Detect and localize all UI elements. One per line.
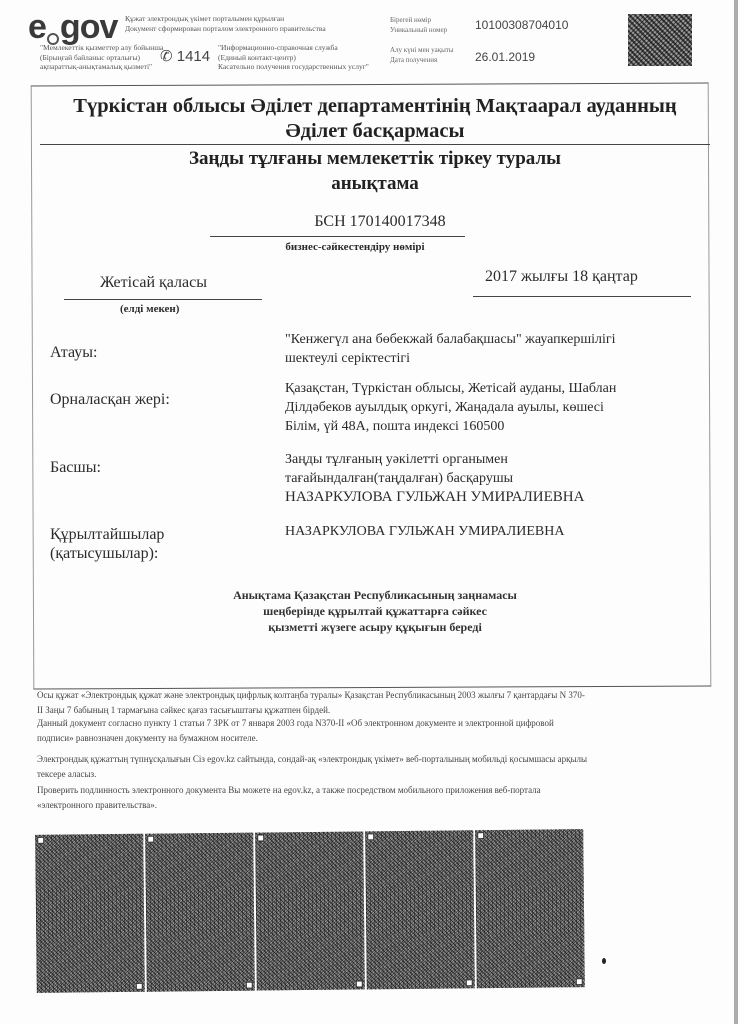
service-note-ru: "Информационно-справочная служба (Единый…	[218, 43, 369, 72]
field-label-head: Басшы:	[50, 458, 101, 477]
phone-icon: ✆	[160, 48, 173, 65]
field-value-name: "Кенжегүл ана бөбекжай балабақшасы" жауа…	[285, 330, 725, 368]
unique-number-label: Бірегей нөмір Уникальный номер	[390, 16, 447, 35]
scan-edge	[734, 0, 738, 1024]
settlement-caption: (елді мекен)	[120, 303, 179, 315]
divider	[40, 144, 710, 145]
field-label-name: Атауы:	[50, 343, 97, 362]
date-received: 26.01.2019	[475, 50, 535, 64]
field-label-founders: Құрылтайшылар (қатысушылар):	[50, 525, 164, 563]
settlement-underline	[64, 299, 262, 300]
document-title: Заңды тұлғаны мемлекеттік тіркеу туралы …	[30, 146, 720, 196]
contact-phone: ✆ 1414	[160, 47, 210, 65]
registration-date: 2017 жылғы 18 қаңтар	[485, 268, 638, 286]
conclusion-statement: Анықтама Қазақстан Республикасының заңна…	[170, 587, 580, 635]
verify-note-ru: Проверить подлинность электронного докум…	[37, 783, 717, 813]
field-value-address: Қазақстан, Түркістан облысы, Жетісай ауд…	[285, 379, 725, 436]
legal-note-ru: Данный документ согласно пункту 1 статьи…	[37, 716, 717, 746]
field-value-head: Заңды тұлғаның уәкілетті органымен тағай…	[285, 450, 725, 507]
service-note-kz: "Мемлекеттік қызметтер алу бойынша (Біры…	[40, 43, 163, 72]
signature-barcodes	[35, 829, 585, 993]
settlement: Жетісай қаласы	[100, 274, 207, 292]
date-underline	[473, 296, 691, 297]
scan-speck	[602, 958, 606, 964]
date-received-label: Алу күні мен уақыты Дата получения	[390, 46, 454, 65]
barcode-block	[475, 829, 585, 988]
egov-logo: egov	[28, 8, 117, 47]
qr-code	[628, 14, 692, 66]
field-label-address: Орналасқан жері:	[50, 390, 170, 409]
verify-note-kz: Электрондық құжаттың түпнұсқалығын Сіз e…	[37, 752, 717, 782]
doc-generated-note: Құжат электрондық үкімет порталымен құры…	[125, 14, 326, 33]
bsn-underline	[210, 236, 465, 237]
barcode-block	[255, 831, 365, 990]
barcode-block	[145, 833, 255, 992]
bsn-caption: бизнес-сәйкестендіру нөмірі	[230, 241, 480, 253]
barcode-block	[365, 830, 475, 989]
legal-note-kz: Осы құжат «Электрондық құжат және электр…	[37, 688, 717, 718]
bsn-number: БСН 170140017348	[200, 213, 560, 231]
unique-number: 10100308704010	[475, 18, 568, 32]
barcode-block	[35, 834, 145, 993]
field-value-founders: НАЗАРКУЛОВА ГУЛЬЖАН УМИРАЛИЕВНА	[285, 522, 725, 541]
issuing-authority: Түркістан облысы Әділет департаментінің …	[30, 94, 720, 144]
